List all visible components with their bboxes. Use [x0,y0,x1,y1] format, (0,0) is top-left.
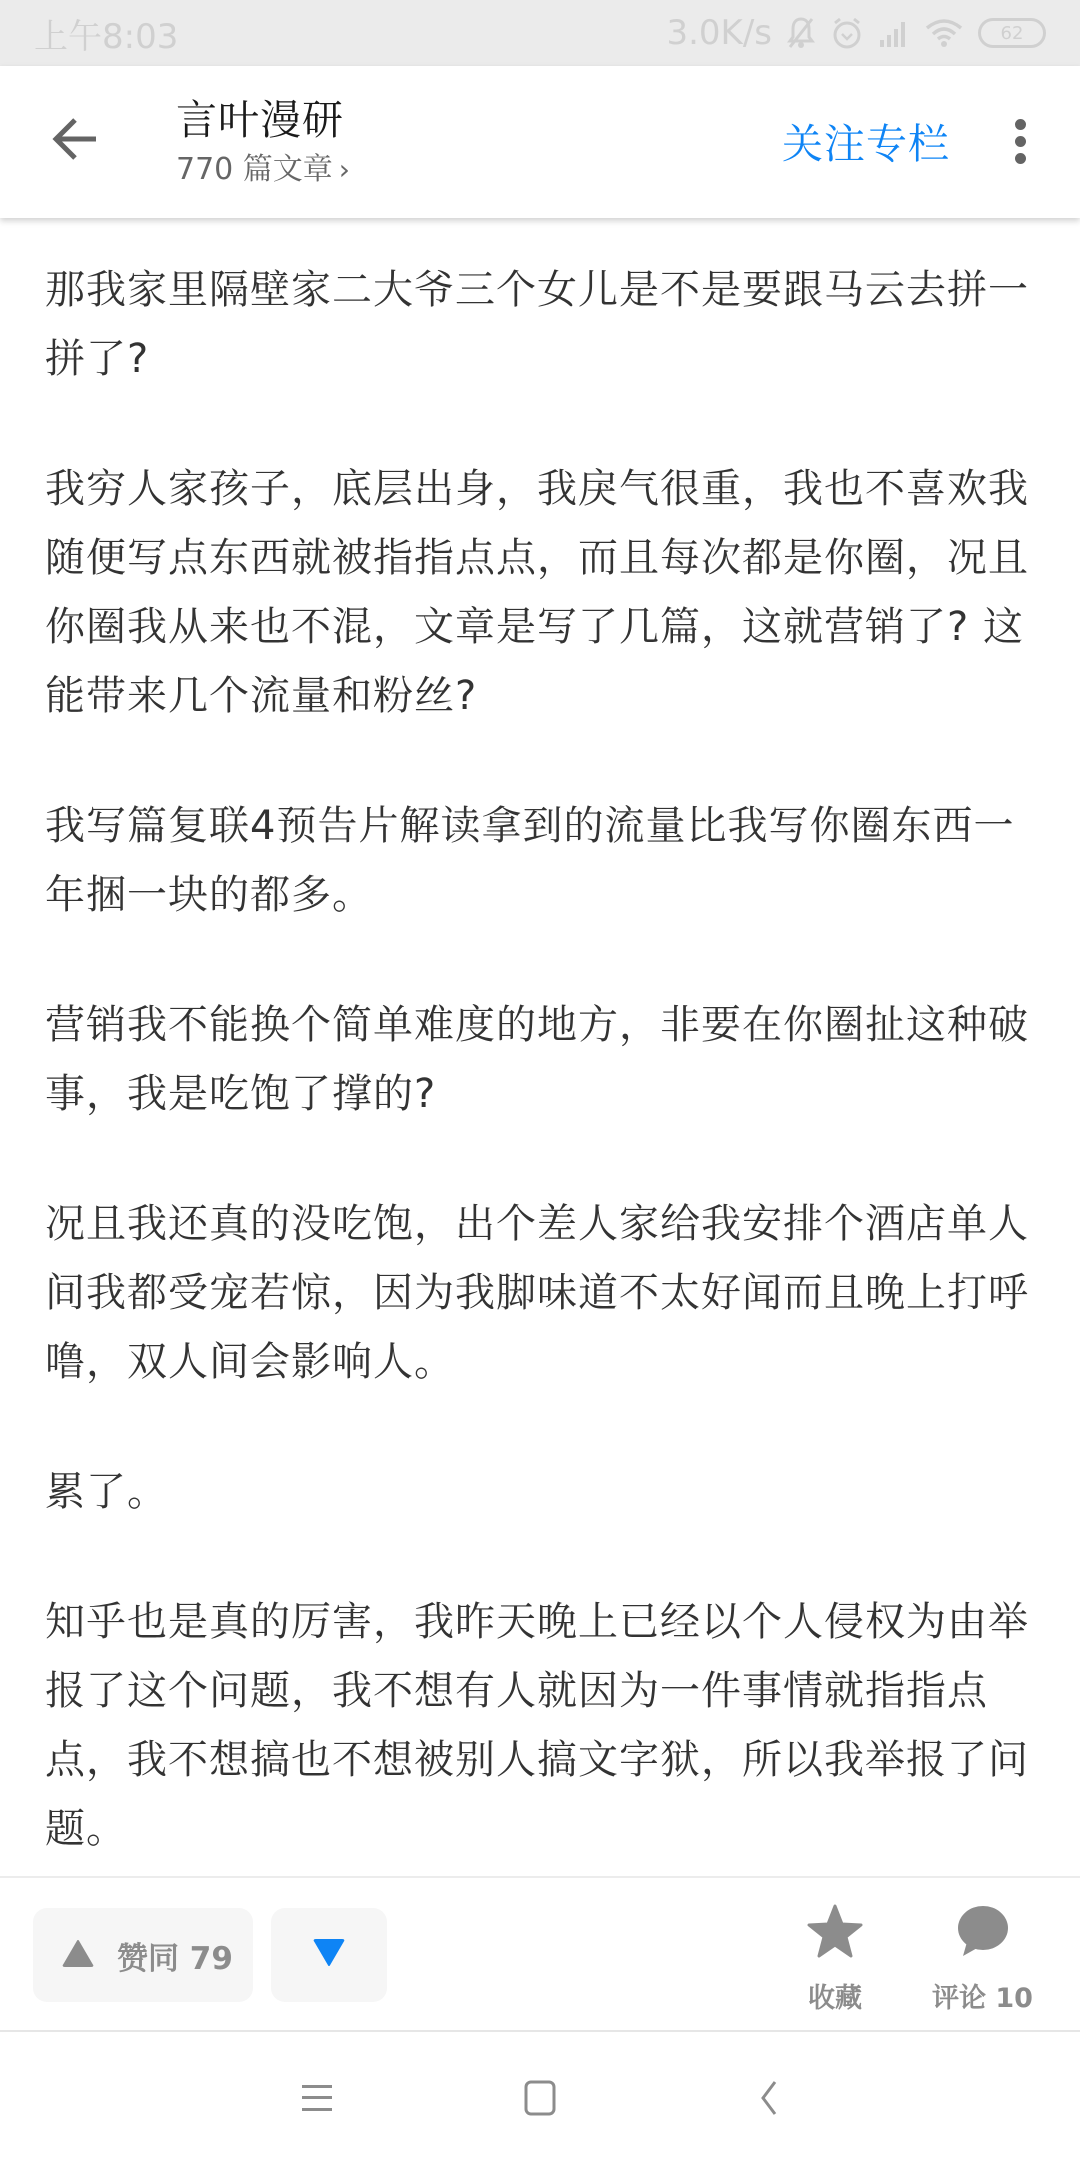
collect-button[interactable]: 收藏 [806,1904,864,2015]
article-count-link[interactable]: 770 篇文章 › [176,150,350,190]
system-nav-bar [0,2030,1080,2160]
mute-bell-icon [786,15,816,51]
status-time: 上午8:03 [34,9,178,58]
app-header: 言叶漫研 770 篇文章 › 关注专栏 [0,66,1080,218]
collect-label: 收藏 [808,1976,862,2015]
triangle-up-icon [61,1938,95,1972]
more-vertical-icon-dot [1015,153,1026,164]
more-vertical-icon [1015,119,1026,130]
status-indicators: 3.0K/s [666,13,1046,53]
article-action-bar: 赞同 79 收藏 评论 10 [0,1876,1080,2030]
home-square-icon [523,2080,557,2120]
alarm-icon [830,15,864,51]
article-body: 那我家里隔壁家二大爷三个女儿是不是要跟马云去拼一拼了? 我穷人家孩子，底层出身，… [0,218,1080,1878]
back-chevron-icon [757,2080,781,2120]
article-count: 770 篇文章 [176,150,333,190]
article-paragraph: 我穷人家孩子，底层出身，我戾气很重，我也不喜欢我随便写点东西就被指指点点，而且每… [45,455,1036,731]
chevron-right-icon: › [339,150,350,190]
menu-icon [300,2081,334,2119]
upvote-label: 赞同 79 [117,1933,233,1978]
zhihu-column-article-page: 上午8:03 3.0K/s [0,0,1080,2160]
article-paragraph: 累了。 [45,1458,1036,1527]
home-button[interactable] [495,2060,585,2140]
article-paragraph: 我写篇复联4预告片解读拿到的流量比我写你圈东西一年捆一块的都多。 [45,792,1036,930]
upvote-button[interactable]: 赞同 79 [33,1908,253,2002]
column-title: 言叶漫研 [176,94,350,146]
column-info: 言叶漫研 770 篇文章 › [176,94,350,190]
more-vertical-icon-dot [1015,136,1026,147]
follow-column-button[interactable]: 关注专栏 [782,118,950,170]
battery-level: 62 [1001,23,1024,44]
system-back-button[interactable] [724,2060,814,2140]
downvote-button[interactable] [271,1908,387,2002]
network-speed: 3.0K/s [666,13,772,53]
more-options-button[interactable] [1000,106,1040,176]
article-paragraph: 知乎也是真的厉害，我昨天晚上已经以个人侵权为由举报了这个问题，我不想有人就因为一… [45,1588,1036,1864]
triangle-down-icon [312,1938,346,1972]
signal-icon [878,18,910,48]
arrow-left-icon [50,116,100,166]
article-paragraph: 况且我还真的没吃饱，出个差人家给我安排个酒店单人间我都受宠若惊，因为我脚味道不太… [45,1190,1036,1397]
recent-apps-button[interactable] [272,2060,362,2140]
article-paragraph: 那我家里隔壁家二大爷三个女儿是不是要跟马云去拼一拼了? [45,256,1036,394]
star-icon [806,1904,864,1964]
comment-button[interactable]: 评论 10 [932,1904,1033,2015]
speech-bubble-icon [953,1904,1011,1964]
article-paragraph: 营销我不能换个简单难度的地方，非要在你圈扯这种破事，我是吃饱了撑的? [45,991,1036,1129]
back-button[interactable] [42,111,108,171]
comment-label: 评论 10 [932,1976,1033,2015]
wifi-icon [924,17,964,49]
battery-icon: 62 [978,18,1046,48]
status-bar: 上午8:03 3.0K/s [0,0,1080,66]
